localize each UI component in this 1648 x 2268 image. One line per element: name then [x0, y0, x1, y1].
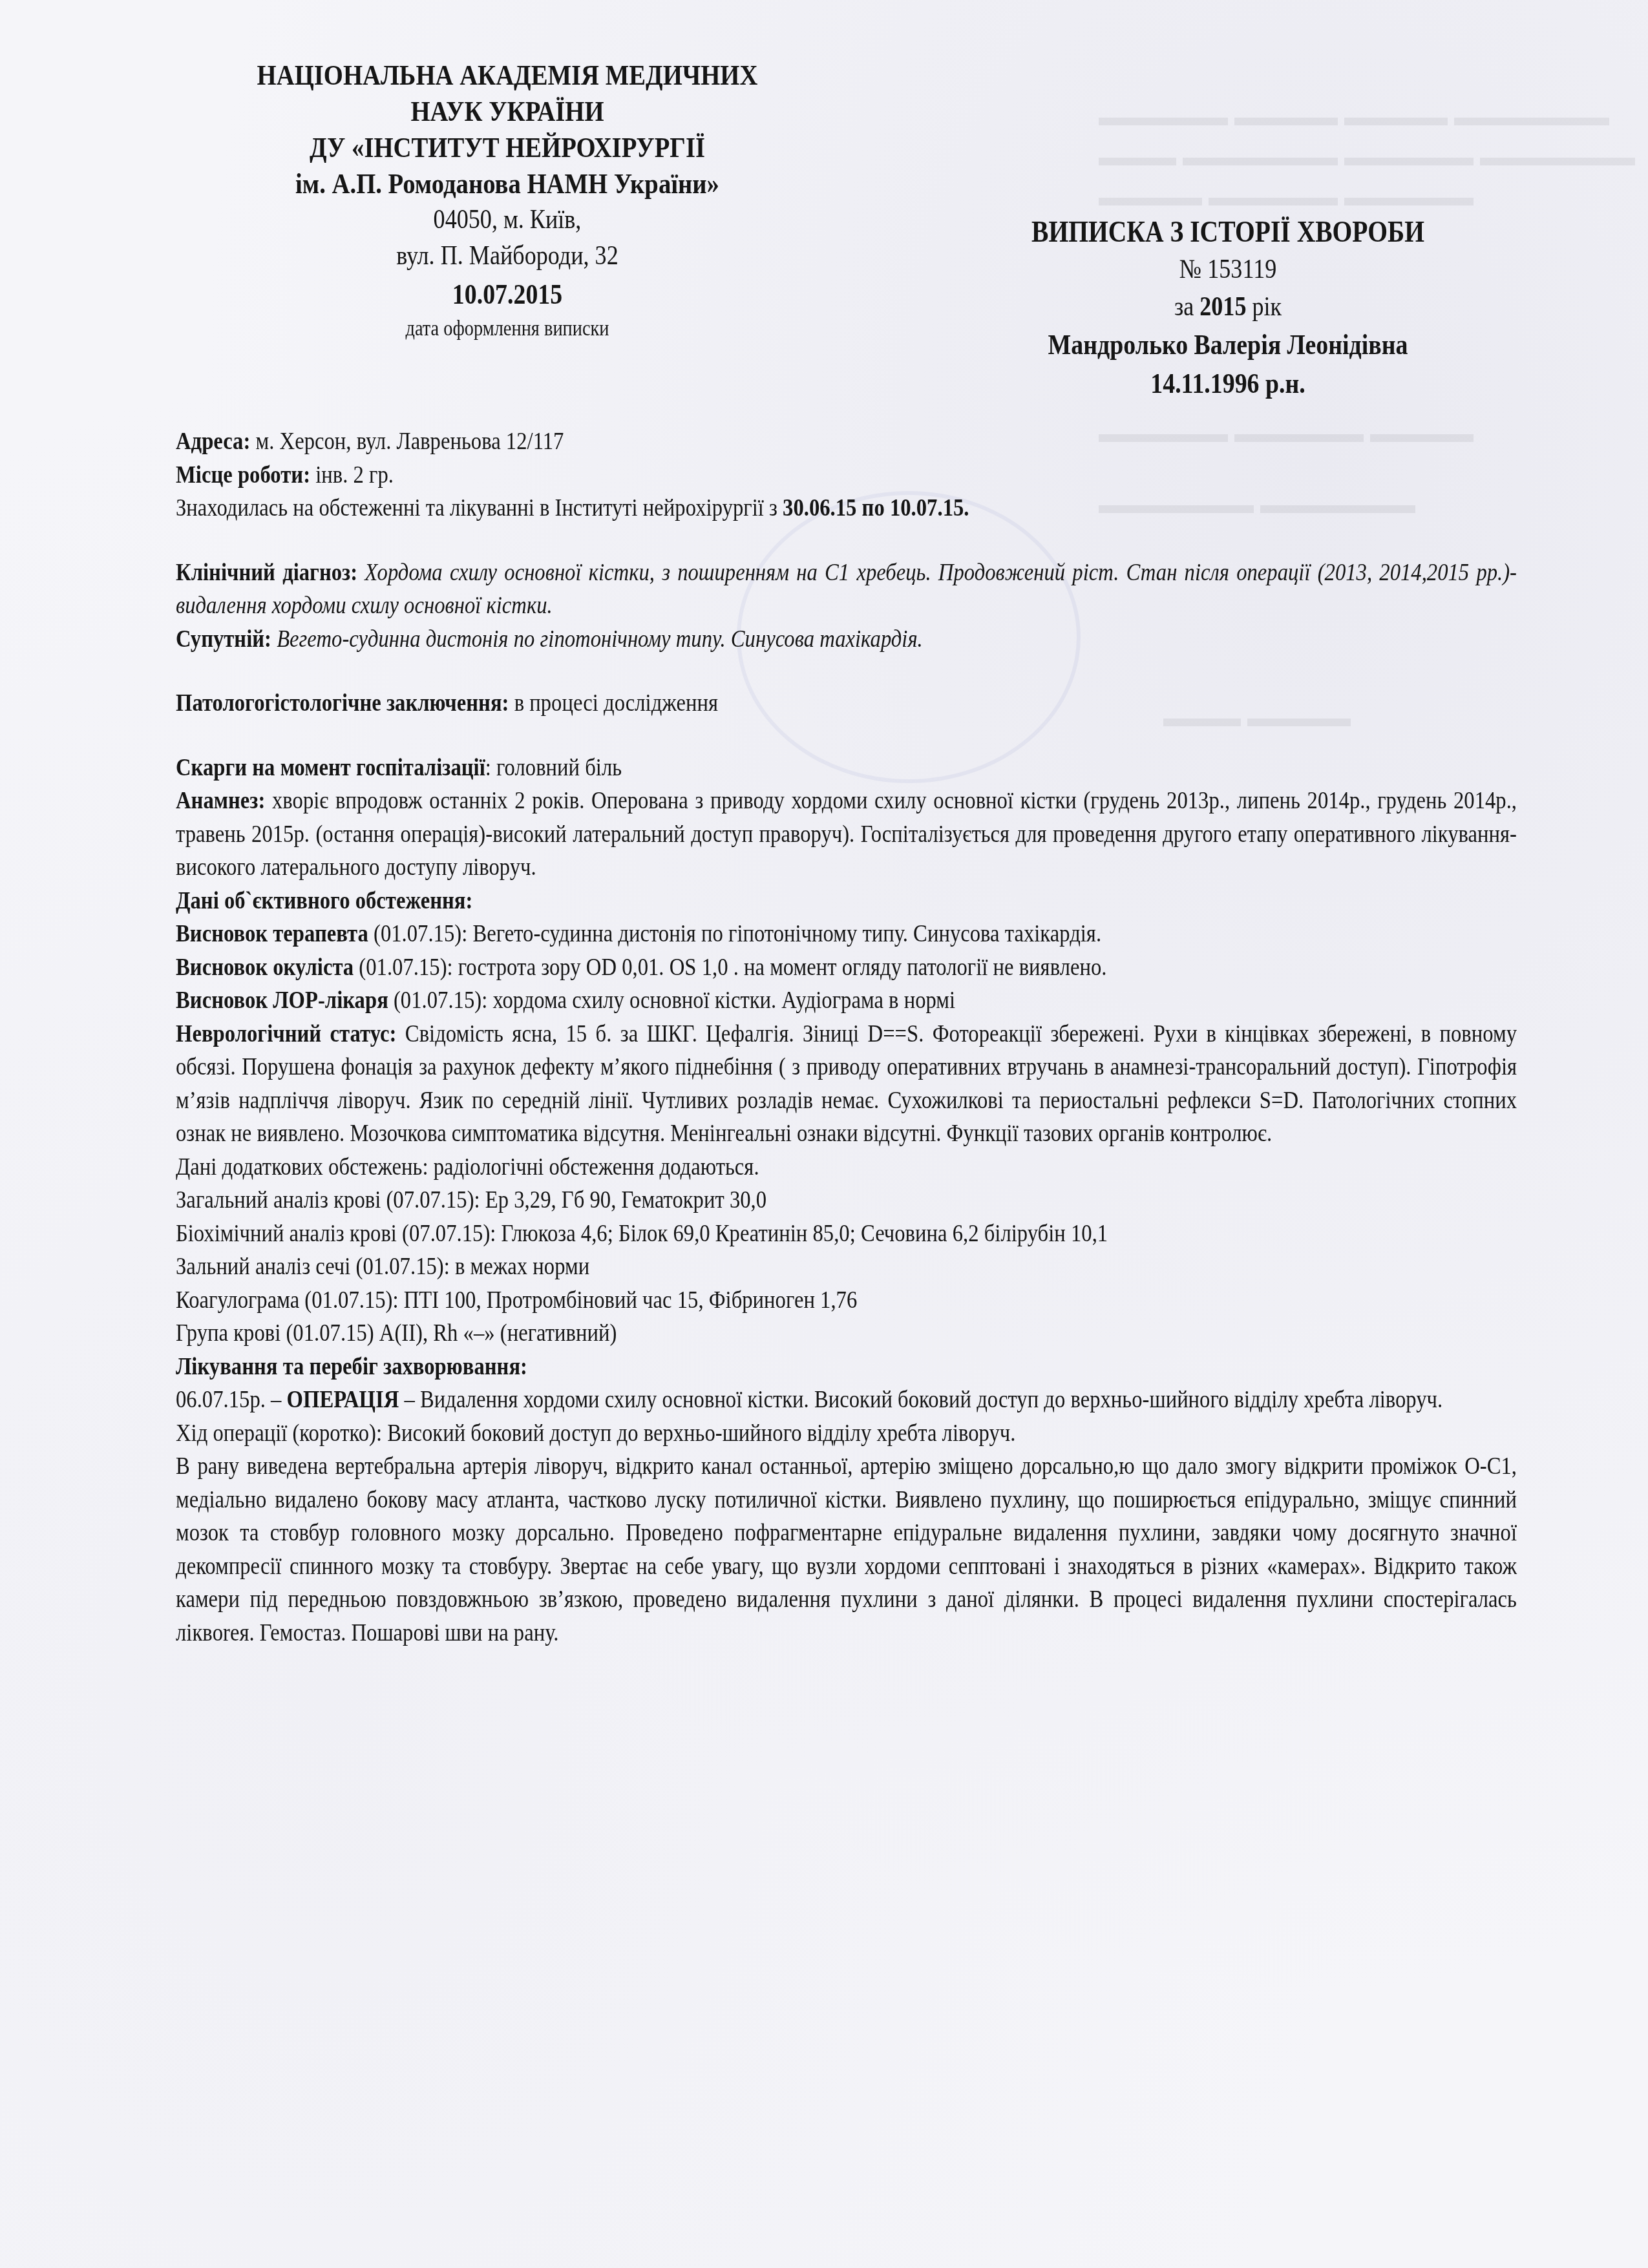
- patient-info: Адреса: м. Херсон, вул. Лавреньова 12/11…: [176, 425, 1517, 525]
- year-prefix: за: [1174, 292, 1194, 322]
- complaints-value: : головний біль: [485, 754, 622, 781]
- patient-birth-date: 14.11.1996 р.н.: [984, 364, 1473, 403]
- concomitant-label: Супутній:: [176, 625, 271, 653]
- therapist-date: (01.07.15): [368, 920, 461, 947]
- org-line: ім. А.П. Ромоданова НАМН України»: [221, 165, 794, 202]
- record-number: № 153119: [984, 251, 1473, 288]
- operation-date: 06.07.15р. –: [176, 1386, 287, 1413]
- operation-label: ОПЕРАЦІЯ: [287, 1386, 399, 1413]
- year-suffix: рік: [1252, 292, 1282, 322]
- therapist-label: Висновок терапевта: [176, 920, 368, 947]
- ent-value: : хордома схилу основної кістки. Аудіогр…: [481, 987, 955, 1014]
- address-line: вул. П. Майбороди, 32: [221, 238, 794, 274]
- operation-course-value: В рану виведена вертебральна артерія лів…: [176, 1453, 1517, 1646]
- operation-course-label: Хід операції (коротко): Високий боковий …: [176, 1420, 1015, 1447]
- complaints-label: Скарги на момент госпіталізації: [176, 754, 485, 781]
- address-label: Адреса:: [176, 428, 250, 455]
- lab-line: Група крові (01.07.15) А(ІІ), Rh «–» (не…: [176, 1319, 617, 1347]
- patient-name: Мандролько Валерія Леонідівна: [984, 326, 1473, 364]
- ophthalmologist-label: Висновок окуліста: [176, 954, 354, 981]
- lab-line: Дані додаткових обстежень: радіологічні …: [176, 1153, 759, 1181]
- complaints-anamnesis: Скарги на момент госпіталізації: головни…: [176, 751, 1517, 1650]
- org-line: НАЦІОНАЛЬНА АКАДЕМІЯ МЕДИЧНИХ: [221, 57, 794, 93]
- anamnesis-label: Анамнез:: [176, 787, 265, 814]
- concomitant-value: Вегето-судинна дистонія по гіпотонічному…: [277, 625, 923, 653]
- address-line: 04050, м. Київ,: [221, 202, 794, 238]
- pathology-section: Патологогістологічне заключення: в проце…: [176, 687, 1517, 720]
- lab-line: Зальний аналіз сечі (01.07.15): в межах …: [176, 1253, 589, 1280]
- pathology-value: в процесі дослідження: [514, 689, 718, 717]
- org-line: НАУК УКРАЇНИ: [221, 93, 794, 129]
- address-value: м. Херсон, вул. Лавреньова 12/117: [256, 428, 564, 455]
- year-value: 2015: [1199, 292, 1246, 322]
- work-value: інв. 2 гр.: [315, 461, 394, 488]
- neuro-status-label: Неврологічний статус:: [176, 1020, 396, 1047]
- anamnesis-value: хворіє впродовж останніх 2 років. Оперов…: [176, 787, 1517, 881]
- stay-text: Знаходилась на обстеженні та лікуванні в…: [176, 494, 783, 521]
- ophthalmologist-value: : гострота зору OD 0,01. OS 1,0 . на мом…: [447, 954, 1107, 981]
- pathology-label: Патологогістологічне заключення:: [176, 689, 509, 717]
- therapist-value: : Вегето-судинна дистонія по гіпотонічно…: [461, 920, 1101, 947]
- ent-label: Висновок ЛОР-лікаря: [176, 987, 388, 1014]
- work-label: Місце роботи:: [176, 461, 310, 488]
- ent-date: (01.07.15): [388, 987, 481, 1014]
- document-title: ВИПИСКА З ІСТОРІЇ ХВОРОБИ: [984, 213, 1473, 251]
- issue-date: 10.07.2015: [221, 277, 794, 313]
- show-through-text: ▬▬▬▬▬▬ ▬▬▬▬ ▬▬▬▬ ▬▬▬▬▬: [1099, 97, 1609, 137]
- lab-line: Біохімічний аналіз крові (07.07.15): Глю…: [176, 1220, 1108, 1247]
- ophthalmologist-date: (01.07.15): [354, 954, 447, 981]
- record-year: за 2015 рік: [984, 288, 1473, 326]
- objective-exam-heading: Дані об`єктивного обстеження:: [176, 887, 472, 914]
- show-through-text: ▬▬▬▬▬▬ ▬▬▬▬▬ ▬▬▬▬▬▬ ▬▬▬: [1099, 137, 1635, 177]
- issue-date-caption: дата оформлення виписки: [221, 313, 794, 345]
- stay-period: 30.06.15 по 10.07.15.: [783, 494, 969, 521]
- lab-line: Коагулограма (01.07.15): ПТІ 100, Протро…: [176, 1286, 857, 1314]
- show-through-text: ▬▬▬▬▬ ▬▬▬▬▬ ▬▬▬▬: [1099, 177, 1474, 217]
- lab-line: Загальний аналіз крові (07.07.15): Ер 3,…: [176, 1186, 766, 1213]
- treatment-heading: Лікування та перебіг захворювання:: [176, 1353, 527, 1380]
- record-body: Адреса: м. Херсон, вул. Лавреньова 12/11…: [176, 425, 1520, 1650]
- clinical-diagnosis-value: Хордома схилу основної кістки, з поширен…: [176, 559, 1517, 620]
- operation-value: – Видалення хордоми схилу основної кістк…: [399, 1386, 1442, 1413]
- diagnosis-section: Клінічний діагноз: Хордома схилу основно…: [176, 556, 1517, 656]
- institution-header: НАЦІОНАЛЬНА АКАДЕМІЯ МЕДИЧНИХ НАУК УКРАЇ…: [174, 57, 840, 345]
- record-header: ВИПИСКА З ІСТОРІЇ ХВОРОБИ № 153119 за 20…: [944, 213, 1512, 403]
- org-line: ДУ «ІНСТИТУТ НЕЙРОХІРУРГІЇ: [221, 129, 794, 165]
- clinical-diagnosis-label: Клінічний діагноз:: [176, 559, 357, 586]
